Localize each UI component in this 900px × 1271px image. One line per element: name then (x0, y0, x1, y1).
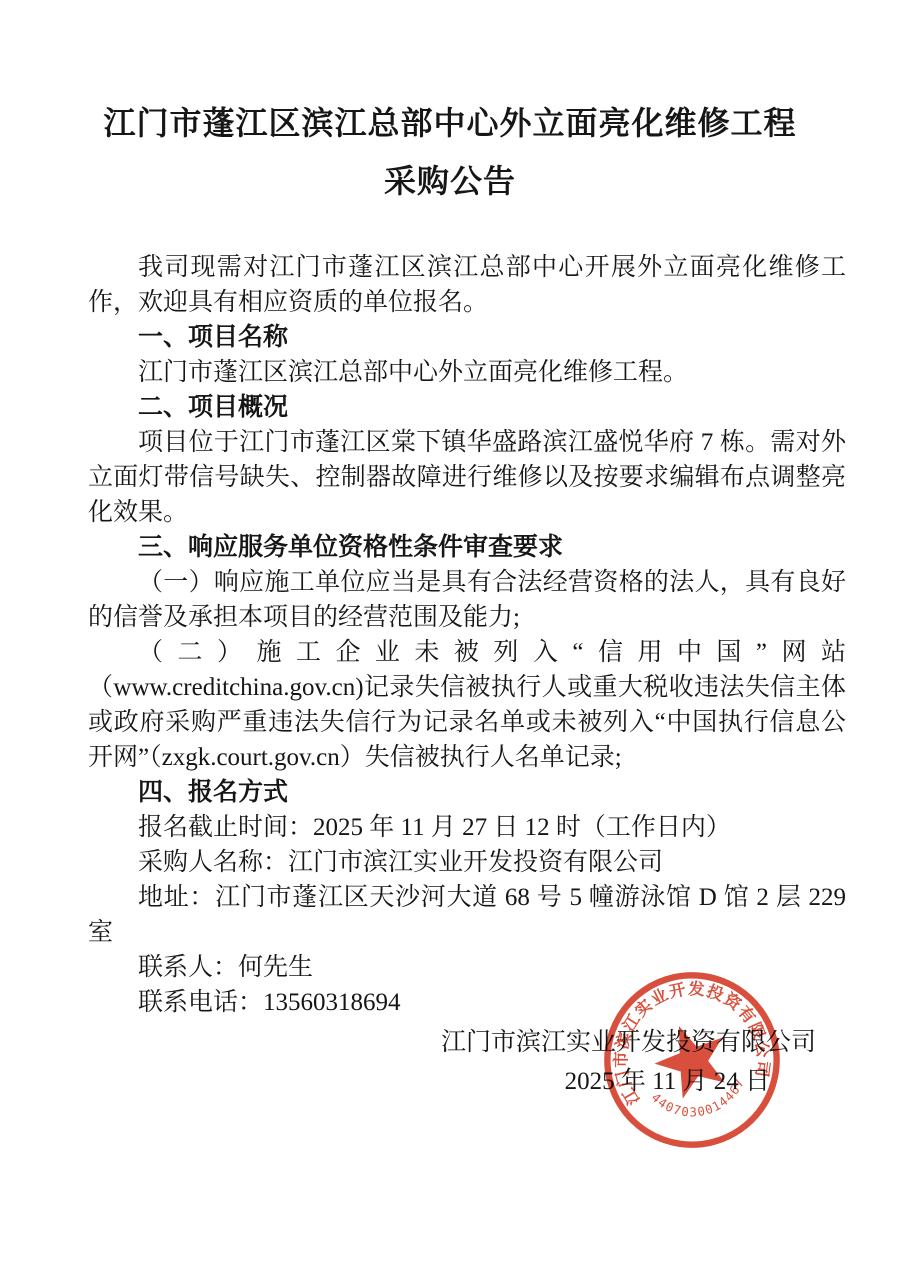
intro-paragraph: 我司现需对江门市蓬江区滨江总部中心开展外立面亮化维修工作，欢迎具有相应资质的单位… (88, 250, 846, 320)
section-3-paragraph-2: （二）施工企业未被列入“信用中国”网站（www.creditchina.gov.… (88, 635, 846, 775)
title-line-1: 江门市蓬江区滨江总部中心外立面亮化维修工程 (0, 94, 900, 152)
section-3-heading: 三、响应服务单位资格性条件审查要求 (88, 530, 846, 565)
address-line: 地址：江门市蓬江区天沙河大道 68 号 5 幢游泳馆 D 馆 2 层 229 室 (88, 880, 846, 950)
section-3-paragraph-1: （一）响应施工单位应当是具有合法经营资格的法人，具有良好的信誉及承担本项目的经营… (88, 565, 846, 635)
purchaser-line: 采购人名称：江门市滨江实业开发投资有限公司 (88, 845, 846, 880)
section-1-paragraph: 江门市蓬江区滨江总部中心外立面亮化维修工程。 (88, 355, 846, 390)
title-line-2: 采购公告 (0, 152, 900, 210)
section-4-heading: 四、报名方式 (88, 775, 846, 810)
section-2-heading: 二、项目概况 (88, 390, 846, 425)
seal-star-icon (645, 1013, 738, 1104)
deadline-line: 报名截止时间：2025 年 11 月 27 日 12 时（工作日内） (88, 810, 846, 845)
document-body: 我司现需对江门市蓬江区滨江总部中心开展外立面亮化维修工作，欢迎具有相应资质的单位… (88, 250, 846, 1020)
section-1-heading: 一、项目名称 (88, 320, 846, 355)
seal-code: 4407030014467 (647, 1070, 754, 1129)
section-2-paragraph: 项目位于江门市蓬江区棠下镇华盛路滨江盛悦华府 7 栋。需对外立面灯带信号缺失、控… (88, 425, 846, 530)
document-title: 江门市蓬江区滨江总部中心外立面亮化维修工程 采购公告 (0, 94, 900, 210)
document-page: 江门市蓬江区滨江总部中心外立面亮化维修工程 采购公告 我司现需对江门市蓬江区滨江… (0, 0, 900, 1271)
